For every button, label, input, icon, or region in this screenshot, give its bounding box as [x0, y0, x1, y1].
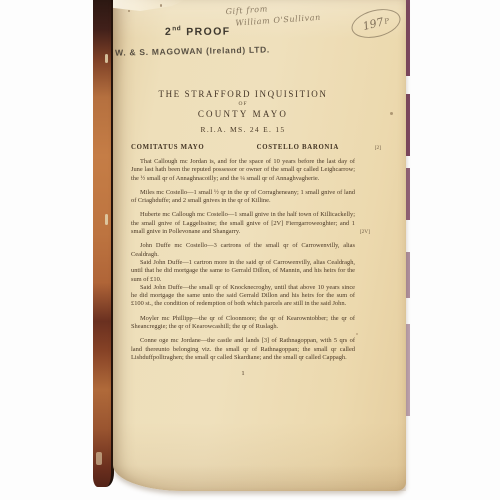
paragraph: Miles mc Costello—1 small ½ qr in the qr… [131, 189, 355, 206]
paragraph: Said John Duffe—1 cartron more in the sa… [131, 259, 355, 284]
page-subtitle: COUNTY MAYO [131, 109, 355, 119]
page-title-of: OF [131, 101, 355, 107]
spine-wear-chip [105, 214, 108, 225]
folio-margin-note: [2] [375, 145, 381, 151]
paragraph-text: Conne oge mc Jordane—the castle and land… [131, 337, 355, 361]
paragraph-text: Moyler mc Phillipp—the qr of Cloonmore; … [131, 315, 355, 330]
paragraph: Huberte mc Callough mc Costello—1 small … [131, 211, 355, 236]
title-block: THE STRAFFORD INQUISITION OF COUNTY MAYO… [131, 89, 355, 134]
circled-number-annotation: 197P [348, 4, 403, 42]
paragraph-text: Said John Duffe—the small qr of Knocknec… [131, 284, 355, 308]
stain-speck [390, 112, 393, 115]
book-spine [93, 0, 114, 487]
stain-speck [128, 10, 130, 12]
paragraph-text: Said John Duffe—1 cartron more in the sa… [131, 259, 355, 283]
spine-wear-chip [105, 54, 108, 63]
paragraph: That Callough mc Jordan is, and for the … [131, 158, 355, 183]
circled-number-text: 197 [361, 15, 385, 33]
section-header-left: COMITATUS MAYO [131, 144, 204, 151]
folio-margin-note: [2V] [351, 228, 370, 236]
manuscript-reference: R.I.A. MS. 24 E. 15 [131, 125, 355, 134]
paragraph: Said John Duffe—the small qr of Knocknec… [131, 284, 355, 309]
section-headers: COMITATUS MAYO COSTELLO BARONIA [2] [131, 144, 355, 151]
page-title: THE STRAFFORD INQUISITION [131, 89, 355, 99]
paragraph-text: That Callough mc Jordan is, and for the … [131, 158, 355, 182]
book-photo: Gift from William O'Sullivan 197P 2ndPRO… [0, 0, 500, 500]
spine-wear-chip [96, 452, 102, 465]
body-paragraphs: That Callough mc Jordan is, and for the … [131, 158, 355, 362]
page-content: THE STRAFFORD INQUISITION OF COUNTY MAYO… [131, 0, 355, 377]
section-header-right: COSTELLO BARONIA [257, 144, 339, 151]
page-number: 1 [131, 370, 355, 377]
circled-number-superscript: P [383, 16, 390, 25]
paragraph: John Duffe mc Costello—3 cartrons of the… [131, 242, 355, 259]
paragraph: Conne oge mc Jordane—the castle and land… [131, 337, 355, 362]
paragraph-text: Huberte mc Callough mc Costello—1 small … [131, 211, 355, 235]
paragraph-text: Miles mc Costello—1 small ½ qr in the qr… [131, 189, 355, 204]
paragraph-text: John Duffe mc Costello—3 cartrons of the… [131, 242, 355, 257]
stain-speck [356, 333, 358, 335]
book-page: Gift from William O'Sullivan 197P 2ndPRO… [113, 0, 406, 491]
paragraph: Moyler mc Phillipp—the qr of Cloonmore; … [131, 315, 355, 332]
